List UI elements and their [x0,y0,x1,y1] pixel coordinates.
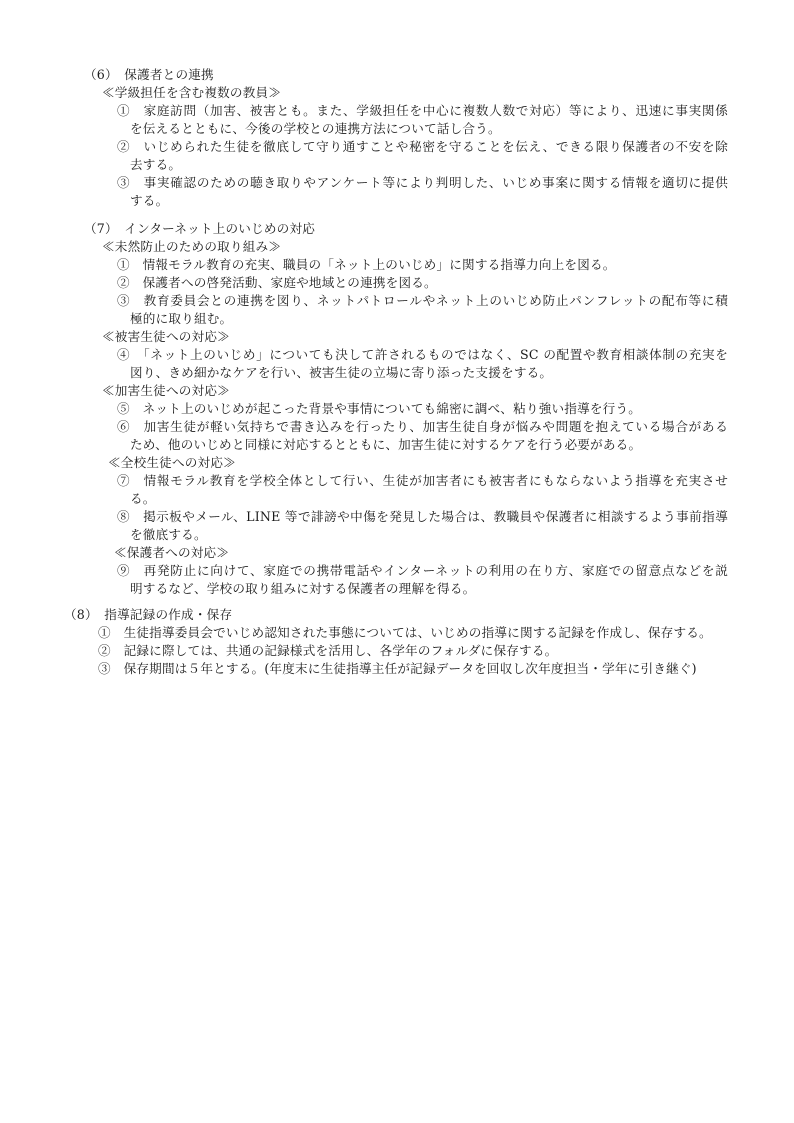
section-6-heading: （6） 保護者との連携 [84,66,214,84]
list-item-line: 図り、きめ細かなケアを行い、被害生徒の立場に寄り添った支援をする。 [130,364,552,382]
group-title: ≪被害生徒への対応≫ [102,328,230,346]
list-item-line: ① 情報モラル教育の充実、職員の「ネット上のいじめ」に関する指導力向上を図る。 [117,256,616,274]
list-item-line: ⑦ 情報モラル教育を学校全体として行い、生徒が加害者にも被害者にもならないよう指… [117,472,728,490]
list-item-line: る。 [130,490,156,508]
list-item-line: 去する。 [130,156,181,174]
list-item-line: ⑨ 再発防止に向けて、家庭での携帯電話やインターネットの利用の在り方、家庭での留… [117,562,728,580]
list-item-line: ⑤ ネット上のいじめが起こった背景や事情についても綿密に調べ、粘り強い指導を行う… [117,400,641,418]
list-item-line: ③ 教育委員会との連携を図り、ネットパトロールやネット上のいじめ防止パンフレット… [117,292,728,310]
group-title: ≪全校生徒への対応≫ [108,454,236,472]
list-item-line: ため、他のいじめと同様に対応するとともに、加害生徒に対するケアを行う必要がある。 [130,436,641,454]
list-item-line: ⑥ 加害生徒が軽い気持ちで書き込みを行ったり、加害生徒自身が悩みや問題を抱えてい… [117,418,728,436]
list-item-line: を徹底する。 [130,526,207,544]
section-7-heading: （7） インターネット上のいじめの対応 [84,220,315,238]
list-item-line: ③ 保存期間は５年とする。(年度末に生徒指導主任が記録データを回収し次年度担当・… [98,660,697,678]
section-8-heading: （8） 指導記録の作成・保存 [64,606,232,624]
list-item-line: する。 [130,192,168,210]
list-item-line: ④ 「ネット上のいじめ」についても決して許されるものではなく、SC の配置や教育… [117,346,728,364]
list-item-line: を伝えるとともに、今後の学校との連携方法について話し合う。 [130,120,501,138]
list-item-line: ② いじめられた生徒を徹底して守り通すことや秘密を守ることを伝え、できる限り保護… [117,138,728,156]
list-item-line: 明するなど、学校の取り組みに対する保護者の理解を得る。 [130,580,475,598]
list-item-line: ② 記録に際しては、共通の記録様式を活用し、各学年のフォルダに保存する。 [98,642,557,660]
group-title: ≪学級担任を含む複数の教員≫ [102,84,281,102]
document-page: （6） 保護者との連携 ≪学級担任を含む複数の教員≫ ① 家庭訪問（加害、被害と… [0,0,794,1123]
list-item-line: ① 家庭訪問（加害、被害とも。また、学級担任を中心に複数人数で対応）等により、迅… [117,102,728,120]
group-title: ≪未然防止のための取り組み≫ [102,238,281,256]
list-item-line: 極的に取り組む。 [130,310,232,328]
list-item-line: ⑧ 掲示板やメール、LINE 等で誹謗や中傷を発見した場合は、教職員や保護者に相… [117,508,728,526]
group-title: ≪保護者への対応≫ [114,544,229,562]
list-item-line: ③ 事実確認のための聴き取りやアンケート等により判明した、いじめ事案に関する情報… [117,174,728,192]
list-item-line: ① 生徒指導委員会でいじめ認知された事態については、いじめの指導に関する記録を作… [98,624,712,642]
list-item-line: ② 保護者への啓発活動、家庭や地域との連携を図る。 [117,274,437,292]
group-title: ≪加害生徒への対応≫ [102,382,230,400]
